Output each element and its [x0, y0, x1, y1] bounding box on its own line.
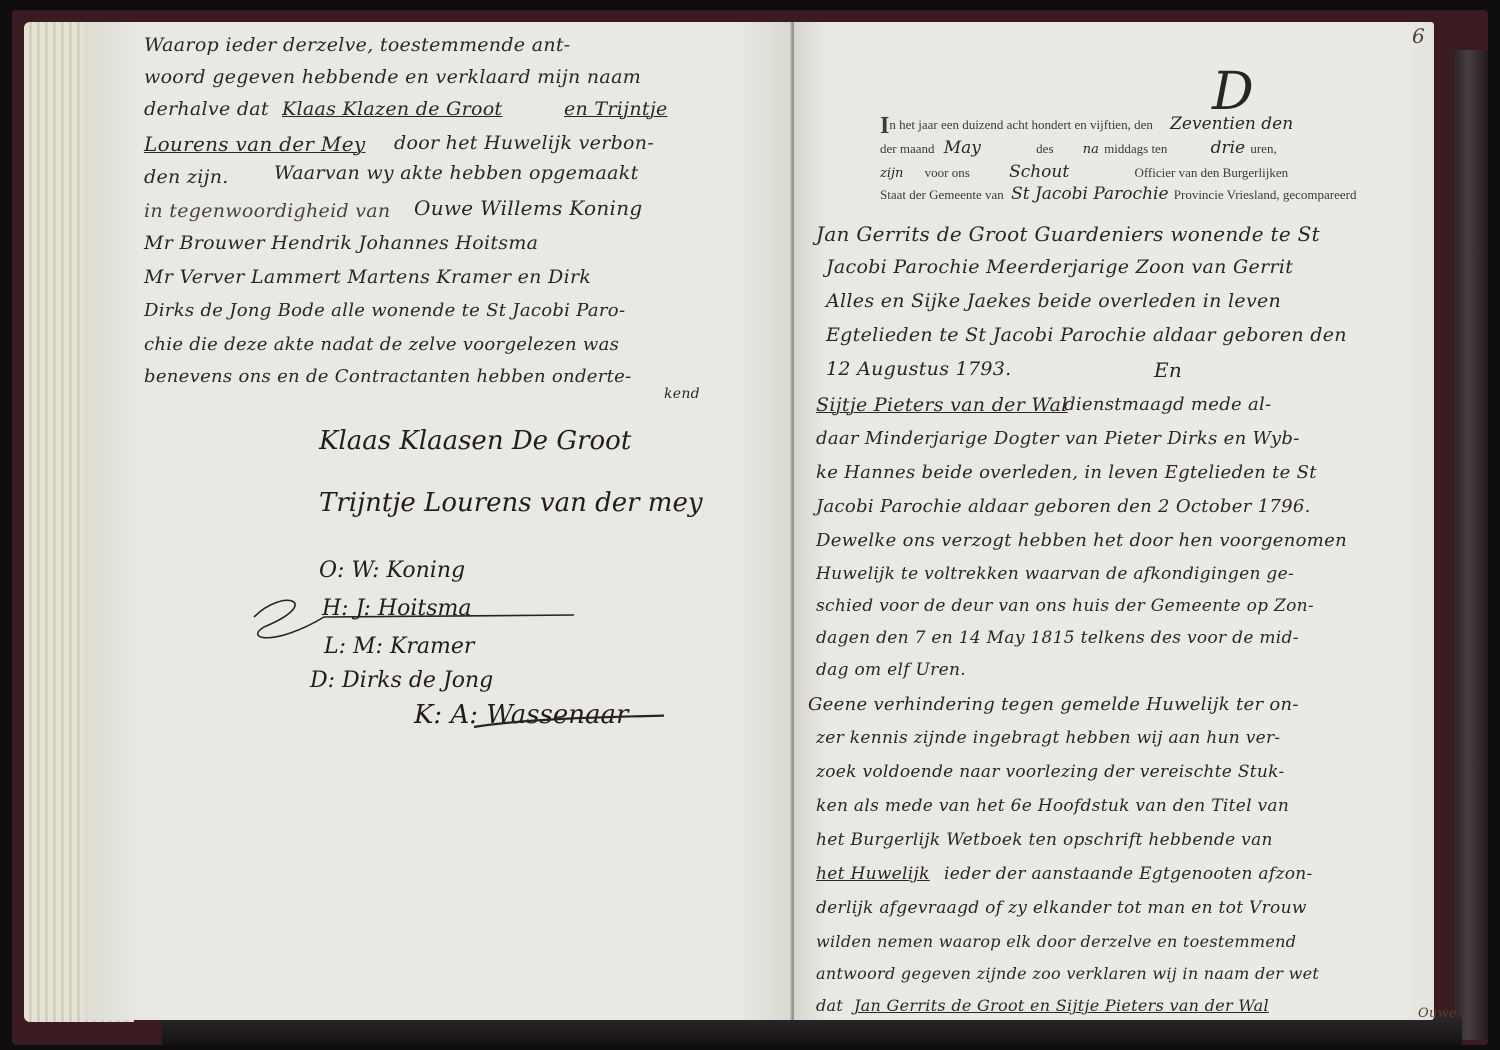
- text-line: Waarvan wy akte hebben opgemaakt: [274, 162, 639, 184]
- form-municipality: St Jacobi Parochie: [1011, 184, 1168, 204]
- form-noon: na: [1083, 142, 1099, 157]
- text-line: dag om elf Uren.: [816, 660, 966, 680]
- text-line: Mr Verver Lammert Martens Kramer en Dirk: [144, 266, 591, 288]
- birth-date-groom: 12 Augustus 1793.: [826, 358, 1011, 380]
- form-line-2: der maand May des na middags ten drie ur…: [880, 138, 1277, 158]
- form-hour: drie: [1211, 138, 1246, 158]
- text-line: Dewelke ons verzogt hebben het door hen …: [816, 530, 1347, 551]
- cover-edge-bottom: [162, 1017, 1462, 1045]
- text-line: Mr Brouwer Hendrik Johannes Hoitsma: [144, 232, 538, 254]
- text-line: schied voor de deur van ons huis der Gem…: [816, 596, 1314, 616]
- text-line: ke Hannes beide overleden, in leven Egte…: [816, 462, 1317, 483]
- text-line: Alles en Sijke Jaekes beide overleden in…: [826, 290, 1281, 312]
- text-line: ieder der aanstaande Egtgenooten afzon-: [944, 864, 1313, 884]
- right-page: 6 D In het jaar een duizend acht hondert…: [794, 22, 1434, 1020]
- text-line: Geene verhindering tegen gemelde Huwelij…: [808, 694, 1299, 715]
- text-line: Huwelijk te voltrekken waarvan de afkond…: [816, 564, 1294, 584]
- signature-flourish: [244, 577, 664, 737]
- cover-edge-right: [1454, 50, 1488, 1040]
- form-official-title: Schout: [1009, 162, 1069, 182]
- text-line: Jan Gerrits de Groot Guardeniers wonende…: [816, 222, 1320, 246]
- text-line: door het Huwelijk verbon-: [394, 132, 654, 154]
- text-line: wilden nemen waarop elk door derzelve en…: [816, 932, 1296, 951]
- text-line: Egtelieden te St Jacobi Parochie aldaar …: [826, 324, 1347, 346]
- text-line: antwoord gegeven zijnde zoo verklaren wi…: [816, 964, 1319, 983]
- text-line: zer kennis zijnde ingebragt hebben wij a…: [816, 728, 1280, 748]
- witness-name: Ouwe Willems Koning: [414, 196, 643, 220]
- conjunction-en: En: [1154, 358, 1182, 382]
- text-line: woord gegeven hebbende en verklaard mijn…: [144, 66, 641, 88]
- form-line-3: zijn voor ons Schout Officier van den Bu…: [880, 162, 1288, 182]
- form-line-4: Staat der Gemeente van St Jacobi Parochi…: [880, 184, 1356, 204]
- bride-first-name: en Trijntje: [564, 98, 668, 120]
- text-line: derlijk afgevraagd of zy elkander tot ma…: [816, 898, 1307, 918]
- text-line: benevens ons en de Contractanten hebben …: [144, 366, 632, 387]
- signature-groom: Klaas Klaasen De Groot: [319, 426, 631, 456]
- bride-name: Sijtje Pieters van der Wal: [816, 394, 1068, 416]
- form-month: May: [944, 138, 981, 158]
- text-line: daar Minderjarige Dogter van Pieter Dirk…: [816, 428, 1300, 449]
- birth-date-bride: Jacobi Parochie aldaar geboren den 2 Oct…: [816, 496, 1311, 517]
- text-line: Waarop ieder derzelve, toestemmende ant-: [144, 34, 571, 56]
- register-letter: D: [1212, 62, 1254, 122]
- bride-surname: Lourens van der Mey: [144, 132, 365, 156]
- form-line-1: In het jaar een duizend acht hondert en …: [880, 114, 1293, 138]
- text-line: chie die deze akte nadat de zelve voorge…: [144, 334, 619, 355]
- text-line: het Huwelijk: [816, 864, 930, 884]
- text-line: Dirks de Jong Bode alle wonende te St Ja…: [144, 300, 625, 321]
- form-day: Zeventien den: [1170, 114, 1293, 134]
- banns-dates: dagen den 7 en 14 May 1815 telkens des v…: [816, 628, 1299, 648]
- page-number: 6: [1412, 24, 1425, 48]
- text-line: zoek voldoende naar voorlezing der verei…: [816, 762, 1285, 782]
- text-line: het Burgerlijk Wetboek ten opschrift heb…: [816, 830, 1273, 850]
- text-line: Jacobi Parochie Meerderjarige Zoon van G…: [826, 256, 1293, 278]
- signature-bride: Trijntje Lourens van der mey: [319, 488, 703, 518]
- text-line: dienstmaagd mede al-: [1064, 394, 1271, 415]
- text-line: in tegenwoordigheid van: [144, 200, 390, 222]
- text-line: den zijn.: [144, 166, 229, 188]
- groom-name: Klaas Klazen de Groot: [282, 98, 502, 120]
- left-page: Waarop ieder derzelve, toestemmende ant-…: [84, 22, 794, 1020]
- text-line: derhalve dat: [144, 98, 269, 120]
- text-line: ken als mede van het 6e Hoofdstuk van de…: [816, 796, 1289, 816]
- text-line: kend: [664, 386, 700, 402]
- catchword: Ouwe: [1418, 1006, 1457, 1021]
